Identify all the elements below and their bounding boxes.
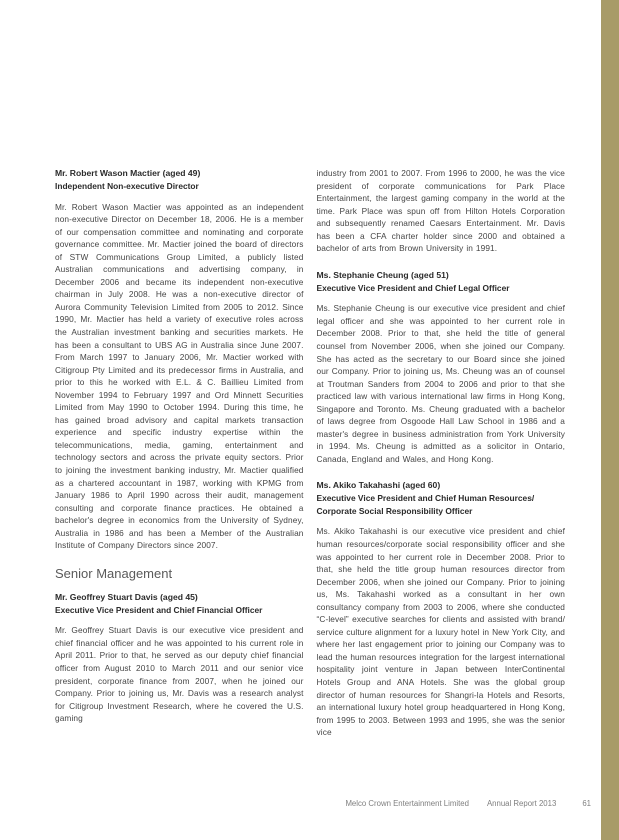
profile-name-mactier: Mr. Robert Wason Mactier (aged 49) xyxy=(55,167,304,180)
footer-page-number: 61 xyxy=(582,799,591,808)
profile-takahashi: Ms. Akiko Takahashi (aged 60) Executive … xyxy=(317,479,566,738)
profile-bio-mactier: Mr. Robert Wason Mactier was appointed a… xyxy=(55,201,304,552)
profile-bio-davis-continuation: industry from 2001 to 2007. From 1996 to… xyxy=(317,167,566,255)
left-column: Mr. Robert Wason Mactier (aged 49) Indep… xyxy=(55,167,304,753)
report-page: Mr. Robert Wason Mactier (aged 49) Indep… xyxy=(0,0,619,840)
profile-title-davis: Executive Vice President and Chief Finan… xyxy=(55,604,304,617)
profile-name-takahashi: Ms. Akiko Takahashi (aged 60) xyxy=(317,479,566,492)
footer-company-name: Melco Crown Entertainment Limited xyxy=(345,799,469,808)
page-footer: Melco Crown Entertainment Limited Annual… xyxy=(0,799,591,808)
profile-bio-davis: Mr. Geoffrey Stuart Davis is our executi… xyxy=(55,624,304,724)
profile-title-takahashi: Executive Vice President and Chief Human… xyxy=(317,492,566,517)
page-edge-accent-bar xyxy=(601,0,619,840)
profile-mactier: Mr. Robert Wason Mactier (aged 49) Indep… xyxy=(55,167,304,552)
right-column: industry from 2001 to 2007. From 1996 to… xyxy=(317,167,566,753)
text-columns: Mr. Robert Wason Mactier (aged 49) Indep… xyxy=(55,167,565,753)
profile-title-cheung: Executive Vice President and Chief Legal… xyxy=(317,282,566,295)
section-heading-senior-management: Senior Management xyxy=(55,566,304,582)
profile-name-davis: Mr. Geoffrey Stuart Davis (aged 45) xyxy=(55,591,304,604)
profile-davis: Mr. Geoffrey Stuart Davis (aged 45) Exec… xyxy=(55,591,304,725)
profile-name-cheung: Ms. Stephanie Cheung (aged 51) xyxy=(317,269,566,282)
profile-bio-takahashi: Ms. Akiko Takahashi is our executive vic… xyxy=(317,525,566,738)
footer-report-title: Annual Report 2013 xyxy=(487,799,556,808)
profile-title-mactier: Independent Non-executive Director xyxy=(55,180,304,193)
profile-cheung: Ms. Stephanie Cheung (aged 51) Executive… xyxy=(317,269,566,466)
profile-bio-cheung: Ms. Stephanie Cheung is our executive vi… xyxy=(317,302,566,465)
